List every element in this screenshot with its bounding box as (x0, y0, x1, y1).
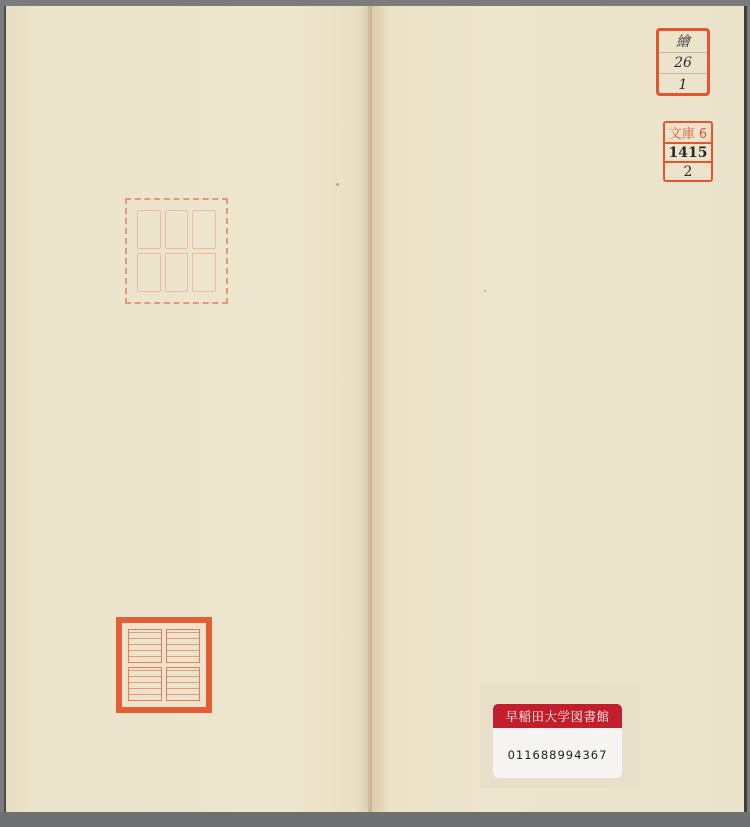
seal-glyph (137, 210, 161, 249)
faint-ownership-seal (125, 198, 228, 304)
seal-glyph (165, 210, 189, 249)
shelf-mark-row: 1 (659, 74, 707, 95)
collection-name: 文庫 6 (665, 123, 711, 144)
red-ownership-seal (116, 617, 212, 713)
seal-glyph (166, 629, 200, 663)
seal-glyph (137, 253, 161, 292)
seal-glyph (192, 210, 216, 249)
paper-speck (484, 290, 486, 292)
paper-speck (336, 183, 339, 186)
seal-glyph (165, 253, 189, 292)
scan-background (0, 812, 750, 827)
library-barcode-label: 早稲田大学図書館 011688994367 (493, 704, 622, 778)
seal-glyph (192, 253, 216, 292)
barcode-number: 011688994367 (493, 748, 622, 762)
collection-volume: 2 (665, 163, 711, 180)
seal-glyph (166, 667, 200, 701)
collection-stamp: 文庫 6 1415 2 (663, 121, 713, 182)
shelf-mark-row: 繪 (659, 31, 707, 53)
library-name: 早稲田大学図書館 (493, 704, 622, 728)
seal-glyph (128, 667, 162, 701)
seal-glyph (128, 629, 162, 663)
shelf-mark-seal: 繪 26 1 (656, 28, 710, 96)
collection-number: 1415 (665, 144, 711, 163)
book-spread: 繪 26 1 文庫 6 1415 2 早稲田大学図書館 011688994367 (0, 0, 750, 827)
shelf-mark-row: 26 (659, 53, 707, 75)
